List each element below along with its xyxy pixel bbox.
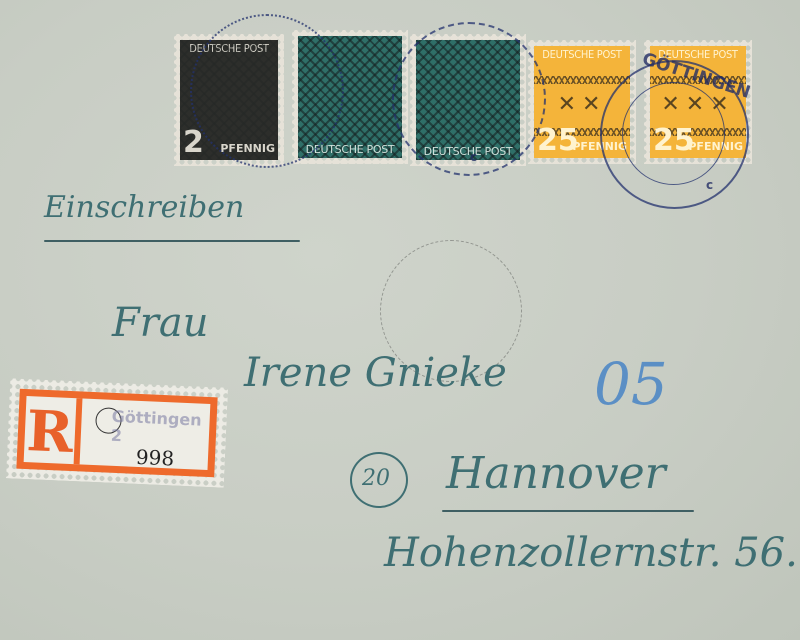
registration-office: Göttingen 2	[110, 407, 210, 449]
street-address: Hohenzollernstr. 56.	[384, 530, 798, 576]
postal-district-circle	[350, 452, 408, 508]
envelope: DEUTSCHE POST 2 PFENNIG DEUTSCHE POST DE…	[0, 0, 800, 640]
postmark-3-inner	[622, 82, 725, 185]
postmark-2-letter: c	[470, 150, 477, 164]
salutation: Frau	[112, 300, 208, 346]
blue-note: 05	[594, 350, 668, 418]
registration-number: 998	[135, 445, 174, 471]
stamp-value: 2	[183, 128, 204, 158]
city: Hannover	[446, 448, 666, 499]
postmark-3-letter: c	[706, 178, 713, 192]
registration-letter: R	[24, 396, 83, 464]
city-underline	[442, 510, 694, 512]
service-note-einschreiben: Einschreiben	[44, 190, 244, 225]
recipient-name: Irene Gnieke	[244, 350, 507, 396]
stamp-header: DEUTSCHE POST	[534, 48, 630, 61]
service-note-underline	[44, 240, 300, 242]
postmark-2	[392, 22, 546, 176]
registration-label: R Göttingen 2 998	[6, 378, 228, 487]
postmark-1	[190, 14, 344, 168]
